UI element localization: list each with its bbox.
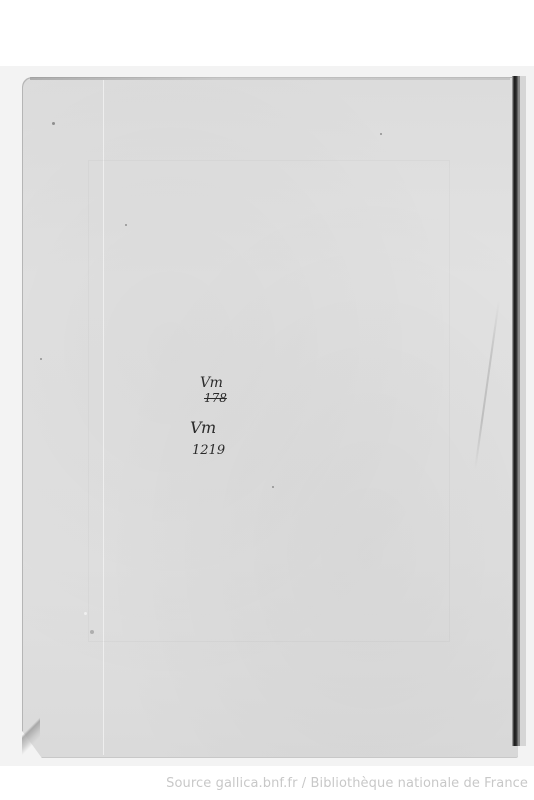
- document-viewer: Vm 178 Vm 1219 Source gallica.bnf.fr / B…: [0, 0, 534, 800]
- paper-speck: [90, 630, 94, 634]
- paper-speck: [272, 486, 274, 488]
- source-credit: Source gallica.bnf.fr / Bibliothèque nat…: [0, 776, 534, 791]
- shelfmark-line-3: Vm: [190, 420, 216, 436]
- shelfmark-line-4: 1219: [192, 444, 225, 457]
- paper-speck: [52, 122, 55, 125]
- paper-speck: [125, 224, 127, 226]
- shelfmark-line-2-struck: 178: [204, 392, 227, 404]
- page-corner-wear: [22, 708, 40, 758]
- binding-edge: [519, 76, 526, 746]
- paper-speck: [84, 612, 87, 615]
- handwritten-shelfmark: Vm 178 Vm 1219: [190, 372, 260, 464]
- page-top-edge: [30, 77, 510, 80]
- paper-speck: [40, 358, 42, 360]
- bleed-through-frame: [88, 160, 450, 642]
- shelfmark-line-1: Vm: [200, 376, 222, 390]
- binding-spine: [512, 76, 519, 746]
- paper-speck: [380, 133, 382, 135]
